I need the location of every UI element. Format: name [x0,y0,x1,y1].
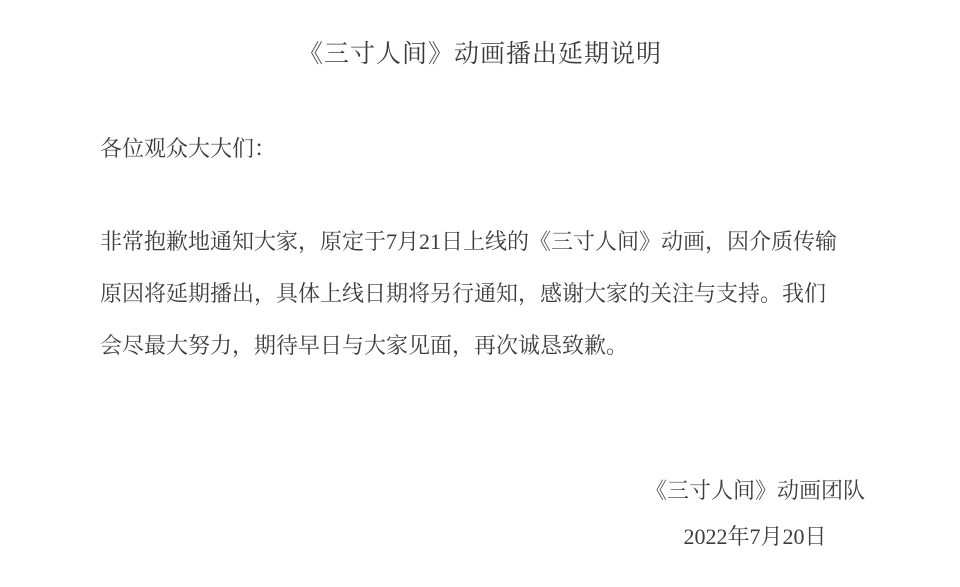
salutation: 各位观众大大们： [100,134,276,164]
signature-block: 《三寸人间》动画团队 2022年7月20日 [645,468,865,560]
announcement-document: 《三寸人间》动画播出延期说明 各位观众大大们： 非常抱歉地通知大家，原定于7月2… [0,0,960,587]
document-title: 《三寸人间》动画播出延期说明 [0,38,960,72]
body-paragraph: 非常抱歉地通知大家，原定于7月21日上线的《三寸人间》动画，因介质传输 原因将延… [100,216,870,372]
body-line: 原因将延期播出，具体上线日期将另行通知，感谢大家的关注与支持。我们 [100,268,870,320]
body-line: 会尽最大努力，期待早日与大家见面，再次诚恳致歉。 [100,320,870,372]
body-line: 非常抱歉地通知大家，原定于7月21日上线的《三寸人间》动画，因介质传输 [100,216,870,268]
signature-date: 2022年7月20日 [645,514,865,560]
signature: 《三寸人间》动画团队 [645,468,865,514]
